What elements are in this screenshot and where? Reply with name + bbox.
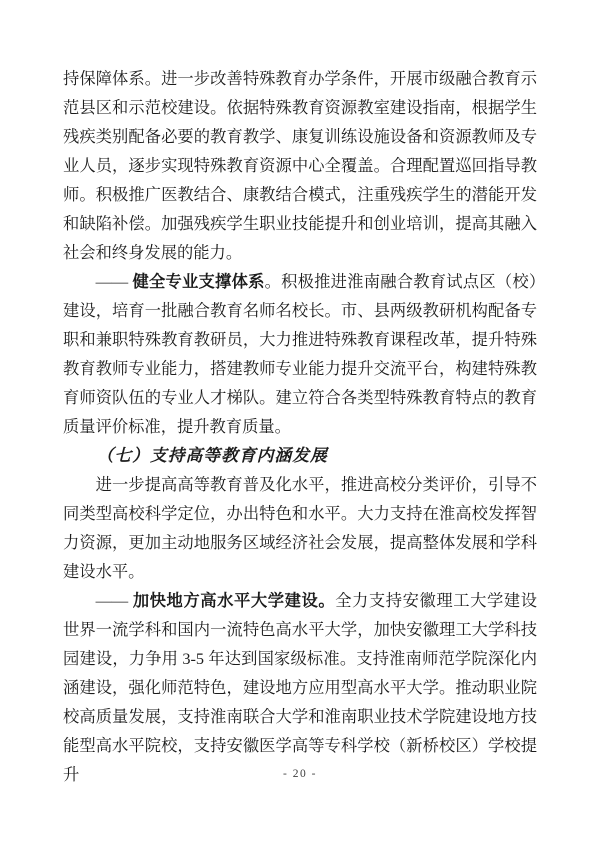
- paragraph-text: 。积极推进淮南融合教育试点区（校）建设，培育一批融合教育名师名校长。市、县两级教…: [63, 272, 537, 436]
- paragraph-lead-bold: 健全专业支撑体系: [132, 272, 264, 291]
- section-heading-7: （七）支持高等教育内涵发展: [63, 441, 537, 470]
- paragraph-local-university-building: —— 加快地方高水平大学建设。全力支持安徽理工大学建设世界一流学科和国内一流特色…: [63, 586, 537, 789]
- document-text-block: 持保障体系。进一步改善特殊教育办学条件，开展市级融合教育示范县区和示范校建设。依…: [63, 64, 537, 789]
- paragraph-special-education-support: 持保障体系。进一步改善特殊教育办学条件，开展市级融合教育示范县区和示范校建设。依…: [63, 64, 537, 267]
- paragraph-text: 持保障体系。进一步改善特殊教育办学条件，开展市级融合教育示范县区和示范校建设。依…: [63, 69, 537, 262]
- paragraph-text: 全力支持安徽理工大学建设世界一流学科和国内一流特色高水平大学，加快安徽理工大学科…: [63, 591, 537, 784]
- page-number: - 20 -: [0, 766, 600, 782]
- paragraph-text: 进一步提高高等教育普及化水平，推进高校分类评价，引导不同类型高校科学定位，办出特…: [63, 475, 537, 581]
- em-dash: ——: [96, 591, 133, 610]
- document-page: 持保障体系。进一步改善特殊教育办学条件，开展市级融合教育示范县区和示范校建设。依…: [0, 0, 600, 848]
- paragraph-lead-bold: 加快地方高水平大学建设。: [133, 591, 335, 610]
- paragraph-higher-education-overview: 进一步提高高等教育普及化水平，推进高校分类评价，引导不同类型高校科学定位，办出特…: [63, 470, 537, 586]
- paragraph-professional-support-system: —— 健全专业支撑体系。积极推进淮南融合教育试点区（校）建设，培育一批融合教育名…: [63, 267, 537, 441]
- em-dash: ——: [96, 272, 133, 291]
